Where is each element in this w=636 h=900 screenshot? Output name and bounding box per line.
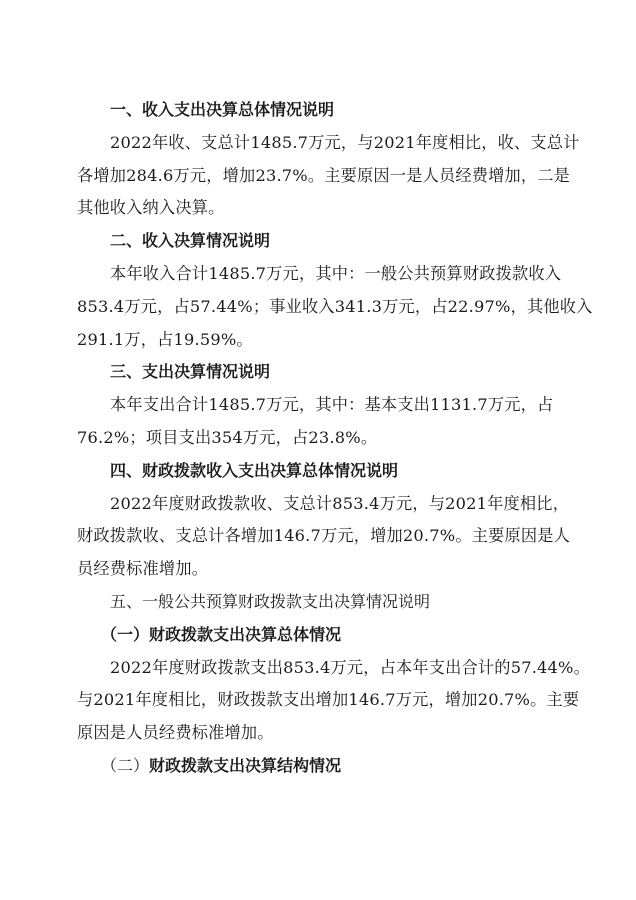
subsection-number: （二） <box>101 756 149 775</box>
section-heading-2: 二、收入决算情况说明 <box>77 225 562 258</box>
body-line: 853.4万元，占57.44%；事业收入341.3万元，占22.97%，其他收入 <box>77 291 562 324</box>
body-line: 员经费标准增加。 <box>77 553 562 586</box>
body-line: 2022年收、支总计1485.7万元，与2021年度相比，收、支总计 <box>77 127 562 160</box>
section-heading-1: 一、收入支出决算总体情况说明 <box>77 94 562 127</box>
subsection-heading-2: （二）财政拨款支出决算结构情况 <box>77 750 562 783</box>
section-heading-4: 四、财政拨款收入支出决算总体情况说明 <box>77 455 562 488</box>
body-line: 原因是人员经费标准增加。 <box>77 717 562 750</box>
subsection-title: 财政拨款支出决算结构情况 <box>149 756 341 775</box>
body-line: 各增加284.6万元，增加23.7%。主要原因一是人员经费增加，二是 <box>77 160 562 193</box>
body-line: 本年支出合计1485.7万元，其中：基本支出1131.7万元，占 <box>77 389 562 422</box>
body-line: 291.1万，占19.59%。 <box>77 324 562 357</box>
body-line: 与2021年度相比，财政拨款支出增加146.7万元，增加20.7%。主要 <box>77 684 562 717</box>
subsection-heading-1: （一）财政拨款支出决算总体情况 <box>77 619 562 652</box>
document-page: 一、收入支出决算总体情况说明 2022年收、支总计1485.7万元，与2021年… <box>77 94 562 783</box>
body-line: 2022年度财政拨款收、支总计853.4万元，与2021年度相比， <box>77 488 562 521</box>
body-line: 其他收入纳入决算。 <box>77 192 562 225</box>
body-line: 本年收入合计1485.7万元，其中：一般公共预算财政拨款收入 <box>77 258 562 291</box>
section-heading-3: 三、支出决算情况说明 <box>77 356 562 389</box>
body-line: 2022年度财政拨款支出853.4万元，占本年支出合计的57.44%。 <box>77 652 562 685</box>
body-line: 76.2%；项目支出354万元，占23.8%。 <box>77 422 562 455</box>
section-heading-5: 五、一般公共预算财政拨款支出决算情况说明 <box>77 586 562 619</box>
body-line: 财政拨款收、支总计各增加146.7万元，增加20.7%。主要原因是人 <box>77 520 562 553</box>
